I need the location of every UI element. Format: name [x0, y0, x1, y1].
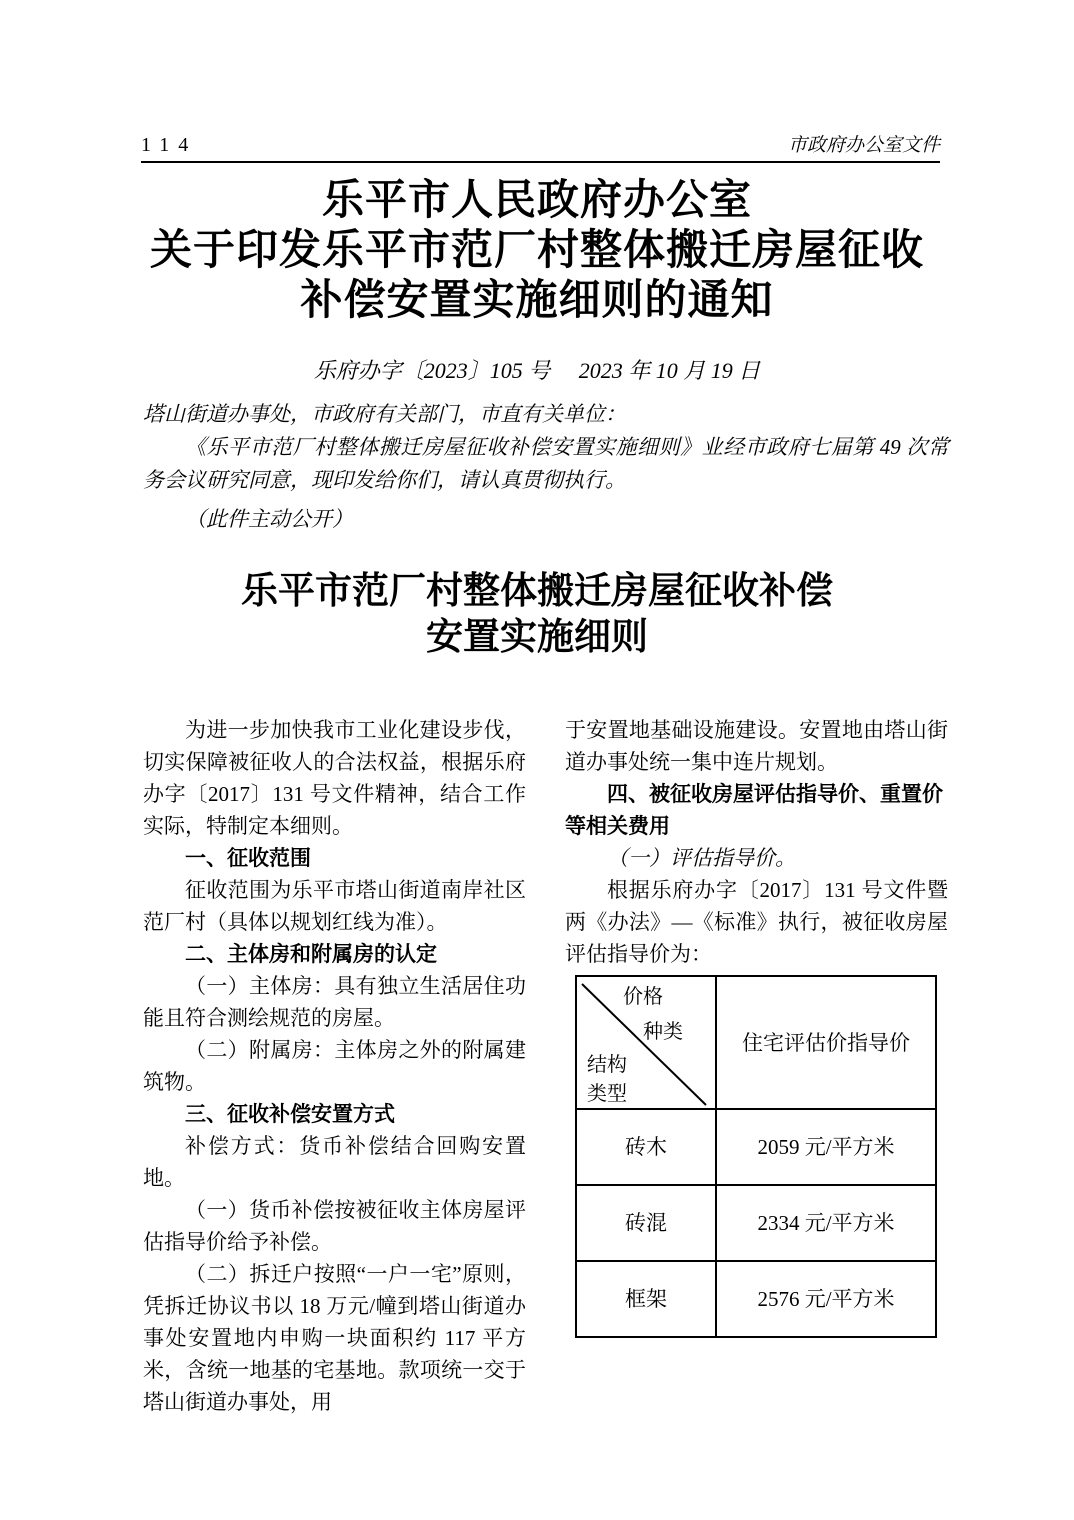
table-row-frame: 框架 2576 元/平方米: [576, 1261, 936, 1337]
title-line-2: 关于印发乐平市范厂村整体搬迁房屋征收: [0, 226, 1074, 276]
intro-block: 塔山街道办事处，市政府有关部门，市直有关单位： 《乐平市范厂村整体搬迁房屋征收补…: [143, 398, 949, 536]
intro-public-note: （此件主动公开）: [143, 503, 949, 536]
paragraph-appraisal-basis: 根据乐府办字〔2017〕131 号文件暨两《办法》—《标准》执行，被征收房屋评估…: [565, 874, 948, 970]
section-heading-4: 四、被征收房屋评估指导价、重置价等相关费用: [565, 778, 948, 842]
subtitle-line-2: 安置实施细则: [0, 614, 1074, 660]
paragraph-monetary-compensation: （一）货币补偿按被征收主体房屋评估指导价给予补偿。: [143, 1194, 526, 1258]
doc-number-line: 乐府办字〔2023〕105 号2023 年 10 月 19 日: [0, 354, 1074, 385]
left-column: 为进一步加快我市工业化建设步伐，切实保障被征收人的合法权益，根据乐府办字〔201…: [143, 714, 526, 1418]
paragraph-relocation-continued: 于安置地基础设施建设。安置地由塔山街道办事处统一集中连片规划。: [565, 714, 948, 778]
paragraph-compensation-mode: 补偿方式：货币补偿结合回购安置地。: [143, 1130, 526, 1194]
intro-body: 《乐平市范厂村整体搬迁房屋征收补偿安置实施细则》业经市政府七届第 49 次常务会…: [143, 431, 949, 497]
intro-salutation: 塔山街道办事处，市政府有关部门，市直有关单位：: [143, 398, 949, 431]
document-page: 114 市政府办公室文件 乐平市人民政府办公室 关于印发乐平市范厂村整体搬迁房屋…: [0, 0, 1074, 1520]
subtitle-line-1: 乐平市范厂村整体搬迁房屋征收补偿: [0, 568, 1074, 614]
corner-label-kind: 种类: [643, 1022, 683, 1042]
paragraph-attached-house: （二）附属房：主体房之外的附属建筑物。: [143, 1034, 526, 1098]
doc-date: 2023 年 10 月 19 日: [579, 358, 761, 383]
price-cell: 2334 元/平方米: [716, 1185, 936, 1261]
paragraph-preamble: 为进一步加快我市工业化建设步伐，切实保障被征收人的合法权益，根据乐府办字〔201…: [143, 714, 526, 842]
table-row-brick-wood: 砖木 2059 元/平方米: [576, 1109, 936, 1185]
page-header: 114 市政府办公室文件: [141, 130, 940, 163]
table-row-brick-concrete: 砖混 2334 元/平方米: [576, 1185, 936, 1261]
paragraph-appraisal-subhead: （一）评估指导价。: [565, 842, 948, 874]
paragraph-scope: 征收范围为乐平市塔山街道南岸社区范厂村（具体以规划红线为准）。: [143, 874, 526, 938]
document-title: 乐平市人民政府办公室 关于印发乐平市范厂村整体搬迁房屋征收 补偿安置实施细则的通…: [0, 176, 1074, 326]
structure-type-cell: 框架: [576, 1261, 716, 1337]
corner-label-price: 价格: [623, 987, 663, 1007]
table-value-header: 住宅评估价指导价: [716, 976, 936, 1109]
header-doc-category-label: 市政府办公室文件: [788, 130, 940, 157]
corner-label-type: 类型: [587, 1084, 627, 1104]
title-line-1: 乐平市人民政府办公室: [0, 176, 1074, 226]
title-line-3: 补偿安置实施细则的通知: [0, 276, 1074, 326]
section-heading-1: 一、征收范围: [143, 842, 526, 874]
doc-number: 乐府办字〔2023〕105 号: [314, 358, 551, 383]
price-cell: 2576 元/平方米: [716, 1261, 936, 1337]
corner-label-structure: 结构: [587, 1055, 627, 1075]
regulation-subtitle: 乐平市范厂村整体搬迁房屋征收补偿 安置实施细则: [0, 568, 1074, 660]
paragraph-main-house: （一）主体房：具有独立生活居住功能且符合测绘规范的房屋。: [143, 970, 526, 1034]
section-heading-2: 二、主体房和附属房的认定: [143, 938, 526, 970]
body-columns: 为进一步加快我市工业化建设步伐，切实保障被征收人的合法权益，根据乐府办字〔201…: [143, 714, 949, 1418]
structure-type-cell: 砖混: [576, 1185, 716, 1261]
price-table: 价格 种类 结构 类型 住宅评估价指导价 砖木 2059 元/平方米: [575, 975, 937, 1338]
price-cell: 2059 元/平方米: [716, 1109, 936, 1185]
page-number: 114: [141, 134, 197, 157]
section-heading-3: 三、征收补偿安置方式: [143, 1098, 526, 1130]
structure-type-cell: 砖木: [576, 1109, 716, 1185]
right-column: 于安置地基础设施建设。安置地由塔山街道办事处统一集中连片规划。 四、被征收房屋评…: [565, 714, 948, 1418]
paragraph-relocation-policy: （二）拆迁户按照“一户一宅”原则，凭拆迁协议书以 18 万元/幢到塔山街道办事处…: [143, 1258, 526, 1418]
price-table-header-row: 价格 种类 结构 类型 住宅评估价指导价: [576, 976, 936, 1109]
table-corner-cell: 价格 种类 结构 类型: [576, 976, 716, 1109]
